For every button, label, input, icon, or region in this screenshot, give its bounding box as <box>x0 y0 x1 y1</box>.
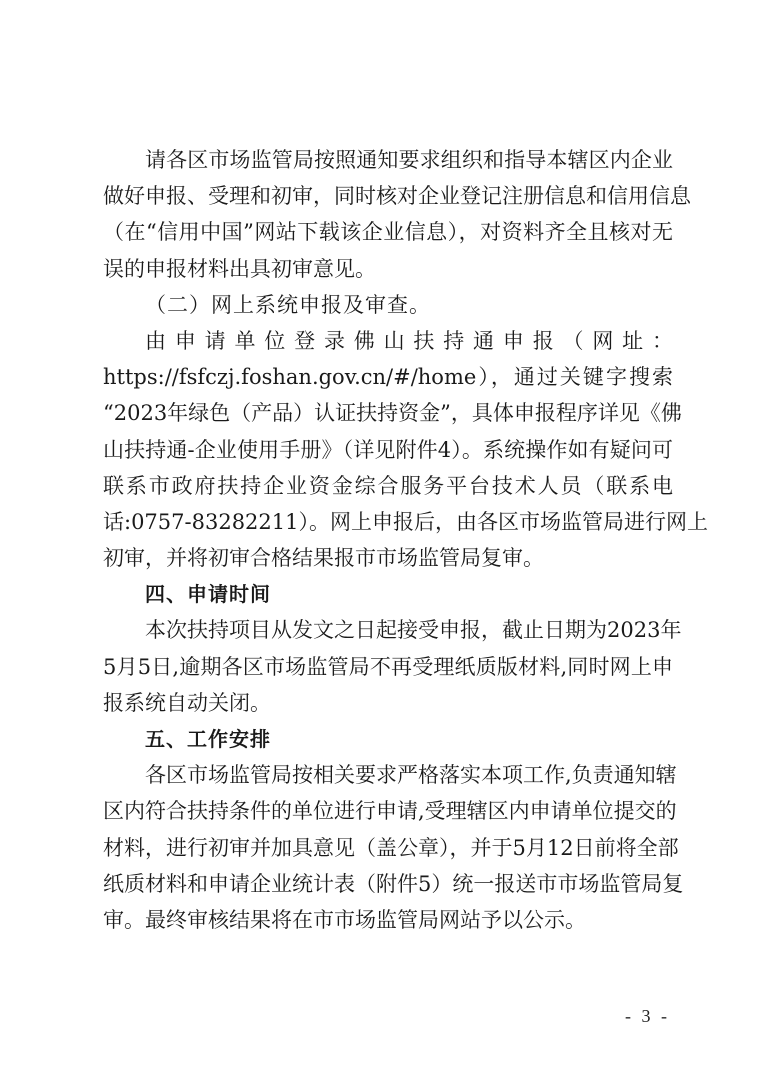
paragraph-review-instructions: 请各区市场监管局按照通知要求组织和指导本辖区内企业 做好申报、受理和初审，同时核… <box>103 142 673 287</box>
paragraph-online-application: 由申请单位登录佛山扶持通申报（网址： https://fsfczj.foshan… <box>103 323 673 576</box>
text-line: 初审，并将初审合格结果报市市场监管局复审。 <box>103 540 673 576</box>
subsection-heading-online-application: （二）网上系统申报及审查。 <box>103 287 673 323</box>
paragraph-work-arrangement: 各区市场监管局按相关要求严格落实本项工作,负责通知辖 区内符合扶持条件的单位进行… <box>103 757 673 938</box>
text-line: 话:0757-83282211）。网上申报后，由各区市场监管局进行网上 <box>103 504 673 540</box>
section-heading-work-arrangement: 五、工作安排 <box>103 721 673 757</box>
document-page: 请各区市场监管局按照通知要求组织和指导本辖区内企业 做好申报、受理和初审，同时核… <box>103 142 673 938</box>
text-line: 误的申报材料出具初审意见。 <box>103 251 673 287</box>
text-line: 报系统自动关闭。 <box>103 685 673 721</box>
text-line: “2023年绿色（产品）认证扶持资金”，具体申报程序详见《佛 <box>103 395 673 431</box>
section-heading-application-time: 四、申请时间 <box>103 576 673 612</box>
text-line: 请各区市场监管局按照通知要求组织和指导本辖区内企业 <box>103 142 673 178</box>
text-line: 做好申报、受理和初审，同时核对企业登记注册信息和信用信息 <box>103 178 673 214</box>
text-line: 区内符合扶持条件的单位进行申请,受理辖区内申请单位提交的 <box>103 793 673 829</box>
text-line: 材料，进行初审并加具意见（盖公章），并于5月12日前将全部 <box>103 830 673 866</box>
text-line: （在“信用中国”网站下载该企业信息），对资料齐全且核对无 <box>103 214 673 250</box>
page-number: - 3 - <box>625 1006 670 1027</box>
text-line: 5月5日,逾期各区市场监管局不再受理纸质版材料,同时网上申 <box>103 649 673 685</box>
text-line: 各区市场监管局按相关要求严格落实本项工作,负责通知辖 <box>103 757 673 793</box>
text-line: 审。最终审核结果将在市市场监管局网站予以公示。 <box>103 902 673 938</box>
text-line: 本次扶持项目从发文之日起接受申报，截止日期为2023年 <box>103 612 673 648</box>
text-line: 联系市政府扶持企业资金综合服务平台技术人员（联系电 <box>103 468 673 504</box>
text-line-url: https://fsfczj.foshan.gov.cn/#/home），通过关… <box>103 359 673 395</box>
text-line: 山扶持通-企业使用手册》（详见附件4）。系统操作如有疑问可 <box>103 432 673 468</box>
text-line: 纸质材料和申请企业统计表（附件5）统一报送市市场监管局复 <box>103 866 673 902</box>
paragraph-application-time: 本次扶持项目从发文之日起接受申报，截止日期为2023年 5月5日,逾期各区市场监… <box>103 612 673 721</box>
text-line: 由申请单位登录佛山扶持通申报（网址： <box>103 323 673 359</box>
